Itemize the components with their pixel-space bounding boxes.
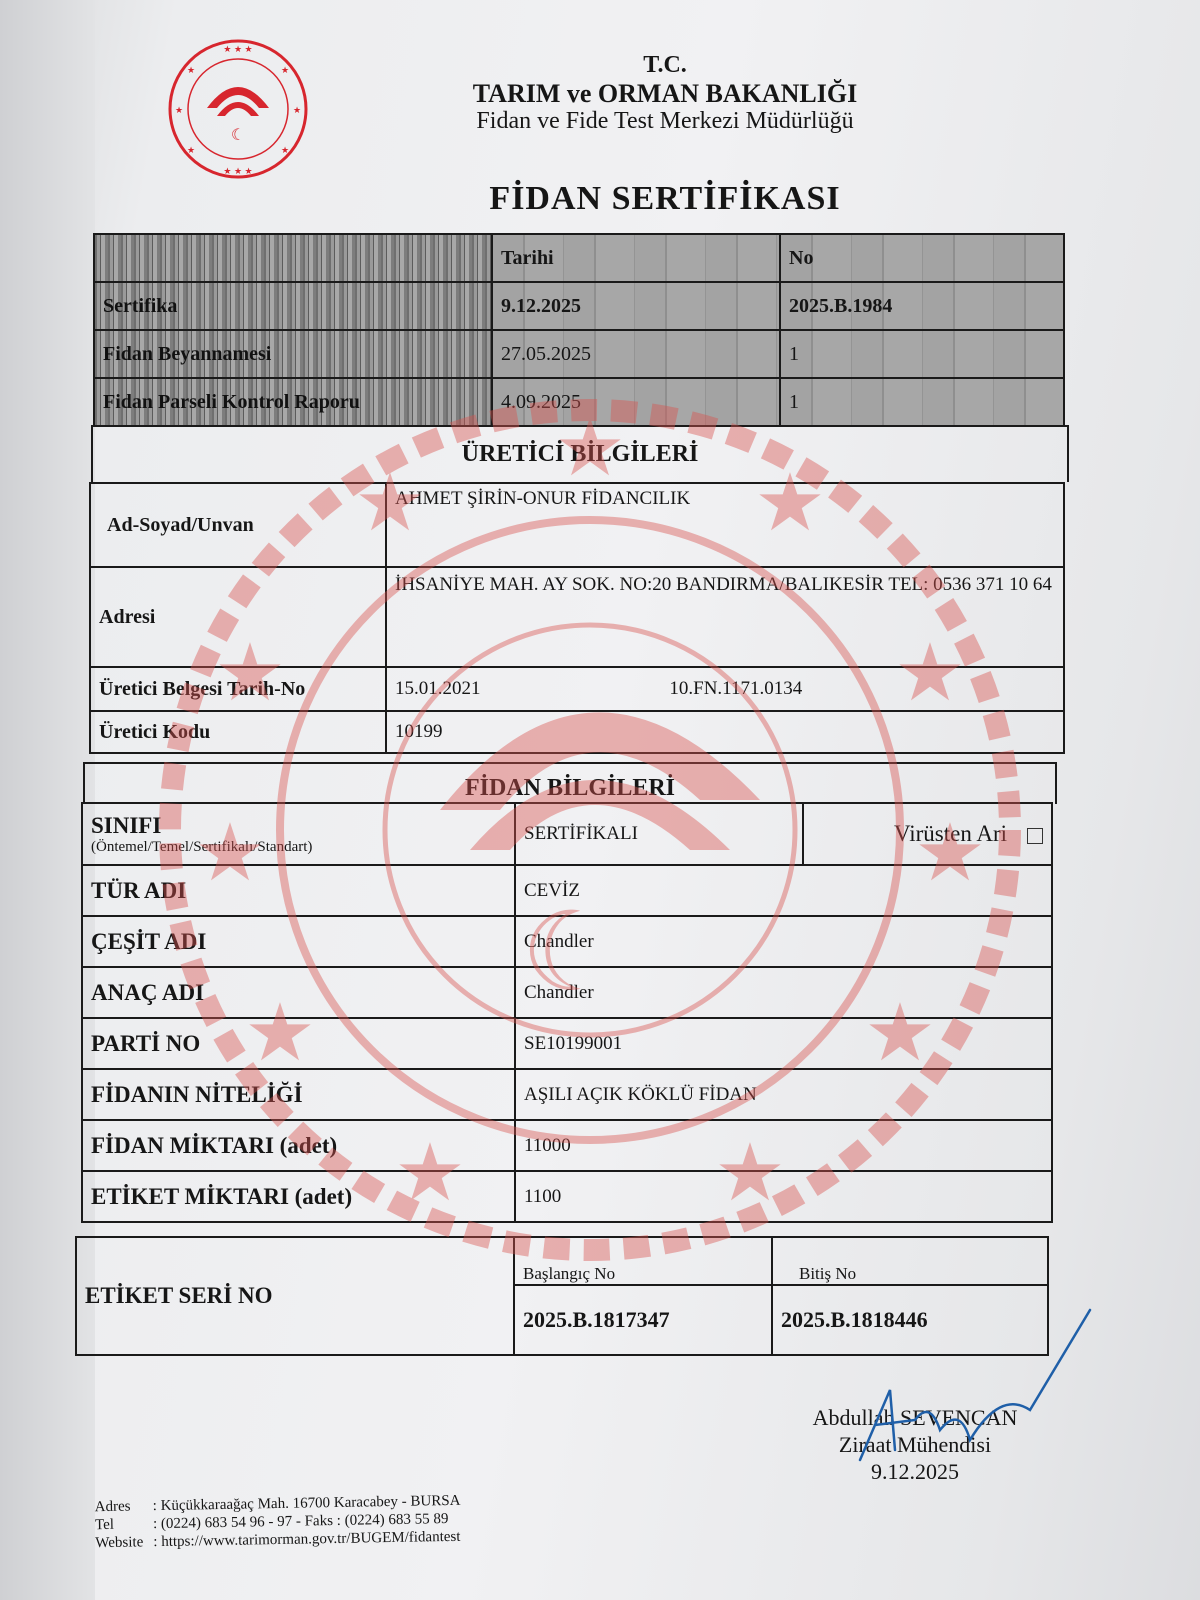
table-row: Üretici Belgesi Tarih-No 15.01.2021 10.F… — [90, 667, 1064, 711]
producer-cert-label: Üretici Belgesi Tarih-No — [90, 667, 386, 711]
species-value: CEVİZ — [515, 865, 1052, 916]
footer-tel-key: Tel — [95, 1515, 153, 1534]
end-no-label: Bitiş No — [772, 1237, 1048, 1285]
records-corner — [94, 234, 492, 282]
label-serial-table: ETİKET SERİ NO Başlangıç No Bitiş No 202… — [75, 1236, 1049, 1356]
record-date: 9.12.2025 — [492, 282, 780, 330]
record-label: Sertifika — [94, 282, 492, 330]
svg-text:☾: ☾ — [231, 127, 245, 144]
sapling-quantity-label: FİDAN MİKTARI (adet) — [82, 1120, 515, 1171]
svg-text:★ ★ ★: ★ ★ ★ — [223, 166, 252, 176]
records-table: Tarihi No Sertifika 9.12.2025 2025.B.198… — [93, 233, 1065, 427]
footer-address-key: Adres — [95, 1497, 153, 1516]
record-label: Fidan Parseli Kontrol Raporu — [94, 378, 492, 426]
sapling-section-title: FİDAN BİLGİLERİ — [83, 762, 1057, 804]
variety-value: Chandler — [515, 916, 1052, 967]
table-row: SINIFI (Öntemel/Temel/Sertifikalı/Standa… — [82, 803, 1052, 865]
svg-text:★: ★ — [187, 145, 195, 155]
class-value: SERTİFİKALI — [515, 803, 803, 865]
signatory-name: Abdullah SEVENCAN — [785, 1405, 1045, 1432]
batch-value: SE10199001 — [515, 1018, 1052, 1069]
col-date-header: Tarihi — [492, 234, 780, 282]
label-quantity-label: ETİKET MİKTARI (adet) — [82, 1171, 515, 1222]
variety-label: ÇEŞİT ADI — [82, 916, 515, 967]
svg-text:★ ★ ★: ★ ★ ★ — [223, 44, 252, 54]
quality-label: FİDANIN NİTELİĞİ — [82, 1069, 515, 1120]
document-header: T.C. TARIM ve ORMAN BAKANLIĞI Fidan ve F… — [405, 52, 925, 135]
sapling-quantity-value: 11000 — [515, 1120, 1052, 1171]
ministry-seal-icon: ★ ★ ★ ★ ★ ★ ★★ ★★ ★★ ☾ — [167, 38, 309, 180]
table-row: PARTİ NOSE10199001 — [82, 1018, 1052, 1069]
producer-cert-date: 15.01.2021 — [386, 667, 661, 711]
end-no-value: 2025.B.1818446 — [772, 1285, 1048, 1355]
signatory-block: Abdullah SEVENCAN Ziraat Mühendisi 9.12.… — [785, 1405, 1045, 1485]
svg-text:★: ★ — [175, 105, 183, 115]
certificate-number: 2025.B.1984 — [780, 282, 1064, 330]
footer-contact: Adres: Küçükkaraağaç Mah. 16700 Karacabe… — [95, 1492, 462, 1552]
table-row: Fidan Beyannamesi 27.05.2025 1 — [94, 330, 1064, 378]
rootstock-value: Chandler — [515, 967, 1052, 1018]
svg-text:★: ★ — [281, 145, 289, 155]
table-row: Ad-Soyad/Unvan AHMET ŞİRİN-ONUR FİDANCIL… — [90, 483, 1064, 567]
table-row: FİDAN MİKTARI (adet)11000 — [82, 1120, 1052, 1171]
class-hint: (Öntemel/Temel/Sertifikalı/Standart) — [91, 839, 506, 856]
record-date: 4.09.2025 — [492, 378, 780, 426]
certificate-document: ★ ★ ★ ★ ★ ★ ★★ ★★ ★★ ☾ T.C. TARIM ve ORM… — [75, 0, 1085, 1600]
table-row: TÜR ADICEVİZ — [82, 865, 1052, 916]
table-row: ANAÇ ADIChandler — [82, 967, 1052, 1018]
producer-cert-no: 10.FN.1171.0134 — [661, 667, 1064, 711]
ministry-name: TARIM ve ORMAN BAKANLIĞI — [405, 79, 925, 108]
table-row: ETİKET MİKTARI (adet)1100 — [82, 1171, 1052, 1222]
table-row: Sertifika 9.12.2025 2025.B.1984 — [94, 282, 1064, 330]
address-label: Adresi — [90, 567, 386, 667]
class-label-cell: SINIFI (Öntemel/Temel/Sertifikalı/Standa… — [82, 803, 515, 865]
svg-text:★: ★ — [293, 105, 301, 115]
label-serial-label: ETİKET SERİ NO — [76, 1237, 514, 1355]
directorate-name: Fidan ve Fide Test Merkezi Müdürlüğü — [405, 108, 925, 135]
species-label: TÜR ADI — [82, 865, 515, 916]
svg-text:★: ★ — [187, 65, 195, 75]
table-row: FİDANIN NİTELİĞİAŞILI AÇIK KÖKLÜ FİDAN — [82, 1069, 1052, 1120]
producer-address: İHSANİYE MAH. AY SOK. NO:20 BANDIRMA/BAL… — [386, 567, 1064, 667]
signature-date: 9.12.2025 — [785, 1459, 1045, 1486]
svg-text:★: ★ — [281, 65, 289, 75]
record-no: 1 — [780, 330, 1064, 378]
producer-code-label: Üretici Kodu — [90, 711, 386, 753]
table-row: Adresi İHSANİYE MAH. AY SOK. NO:20 BANDI… — [90, 567, 1064, 667]
record-label: Fidan Beyannamesi — [94, 330, 492, 378]
virus-free-label: Virüsten Ari — [894, 821, 1007, 846]
table-row: Fidan Parseli Kontrol Raporu 4.09.2025 1 — [94, 378, 1064, 426]
footer-web-key: Website — [95, 1533, 153, 1552]
table-row: Üretici Kodu 10199 — [90, 711, 1064, 753]
col-no-header: No — [780, 234, 1064, 282]
table-row: ÇEŞİT ADIChandler — [82, 916, 1052, 967]
class-label: SINIFI — [91, 813, 506, 839]
start-no-label: Başlangıç No — [514, 1237, 772, 1285]
start-no-value: 2025.B.1817347 — [514, 1285, 772, 1355]
name-label: Ad-Soyad/Unvan — [90, 483, 386, 567]
tc-label: T.C. — [405, 52, 925, 79]
producer-name: AHMET ŞİRİN-ONUR FİDANCILIK — [386, 483, 1064, 567]
record-no: 1 — [780, 378, 1064, 426]
document-title: FİDAN SERTİFİKASI — [405, 180, 925, 218]
rootstock-label: ANAÇ ADI — [82, 967, 515, 1018]
record-date: 27.05.2025 — [492, 330, 780, 378]
sapling-table: SINIFI (Öntemel/Temel/Sertifikalı/Standa… — [81, 802, 1053, 1223]
label-quantity-value: 1100 — [515, 1171, 1052, 1222]
producer-table: Ad-Soyad/Unvan AHMET ŞİRİN-ONUR FİDANCIL… — [89, 482, 1065, 754]
producer-section-title: ÜRETİCİ BİLGİLERİ — [91, 425, 1069, 482]
batch-label: PARTİ NO — [82, 1018, 515, 1069]
virus-free-cell: Virüsten Ari — [803, 803, 1052, 865]
producer-code: 10199 — [386, 711, 1064, 753]
quality-value: AŞILI AÇIK KÖKLÜ FİDAN — [515, 1069, 1052, 1120]
signatory-title: Ziraat Mühendisi — [785, 1432, 1045, 1459]
virus-free-checkbox[interactable] — [1027, 828, 1043, 844]
footer-website[interactable]: : https://www.tarimorman.gov.tr/BUGEM/fi… — [153, 1529, 460, 1550]
